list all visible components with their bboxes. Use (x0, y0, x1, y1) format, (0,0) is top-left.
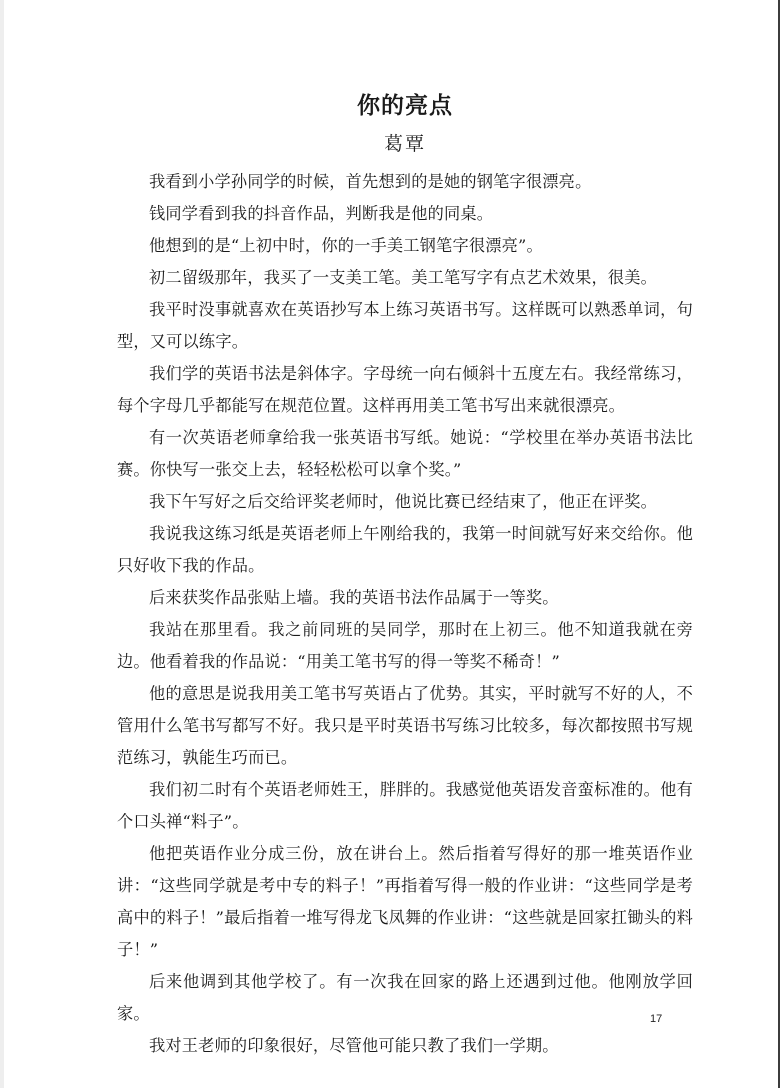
paragraph: 我对王老师的印象很好，尽管他可能只教了我们一学期。 (117, 1030, 693, 1062)
document-page: 你的亮点 葛覃 我看到小学孙同学的时候，首先想到的是她的钢笔字很漂亮。 钱同学看… (117, 86, 693, 1062)
paragraph: 后来获奖作品张贴上墙。我的英语书法作品属于一等奖。 (117, 582, 693, 614)
article-body: 我看到小学孙同学的时候，首先想到的是她的钢笔字很漂亮。 钱同学看到我的抖音作品，… (117, 166, 693, 1062)
paragraph: 我平时没事就喜欢在英语抄写本上练习英语书写。这样既可以熟悉单词，句型，又可以练字… (117, 294, 693, 358)
paragraph: 钱同学看到我的抖音作品，判断我是他的同桌。 (117, 198, 693, 230)
page-left-edge (0, 0, 4, 1088)
paragraph: 我站在那里看。我之前同班的吴同学，那时在上初三。他不知道我就在旁边。他看着我的作… (117, 614, 693, 678)
paragraph: 他把英语作业分成三份，放在讲台上。然后指着写得好的那一堆英语作业讲：“这些同学就… (117, 838, 693, 966)
page-number: 17 (650, 1013, 662, 1025)
article-author: 葛覃 (117, 126, 693, 162)
paragraph: 初二留级那年，我买了一支美工笔。美工笔写字有点艺术效果，很美。 (117, 262, 693, 294)
paragraph: 他的意思是说我用美工笔书写英语占了优势。其实，平时就写不好的人，不管用什么笔书写… (117, 678, 693, 774)
paragraph: 我看到小学孙同学的时候，首先想到的是她的钢笔字很漂亮。 (117, 166, 693, 198)
paragraph: 我们初二时有个英语老师姓王，胖胖的。我感觉他英语发音蛮标准的。他有个口头禅“料子… (117, 774, 693, 838)
paragraph: 我下午写好之后交给评奖老师时，他说比赛已经结束了，他正在评奖。 (117, 486, 693, 518)
paragraph: 有一次英语老师拿给我一张英语书写纸。她说：“学校里在举办英语书法比赛。你快写一张… (117, 422, 693, 486)
paragraph: 他想到的是“上初中时，你的一手美工钢笔字很漂亮”。 (117, 230, 693, 262)
article-title: 你的亮点 (117, 86, 693, 126)
paragraph: 后来他调到其他学校了。有一次我在回家的路上还遇到过他。他刚放学回家。 (117, 966, 693, 1030)
paragraph: 我们学的英语书法是斜体字。字母统一向右倾斜十五度左右。我经常练习，每个字母几乎都… (117, 358, 693, 422)
paragraph: 我说我这练习纸是英语老师上午刚给我的，我第一时间就写好来交给你。他只好收下我的作… (117, 518, 693, 582)
